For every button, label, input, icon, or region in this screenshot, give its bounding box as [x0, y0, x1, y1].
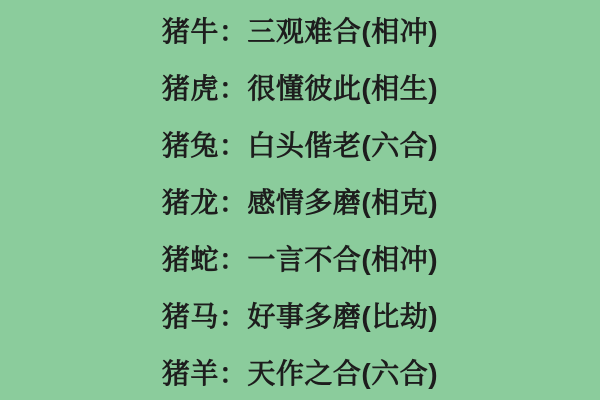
zodiac-pair-row: 猪虎：很懂彼此(相生) [162, 59, 438, 116]
pair-label: 猪龙： [162, 181, 248, 221]
zodiac-pair-row: 猪马：好事多磨(比劫) [162, 286, 438, 343]
pair-label: 猪牛： [162, 10, 248, 50]
zodiac-pair-row: 猪蛇：一言不合(相冲) [162, 229, 438, 286]
pair-label: 猪马： [162, 295, 248, 335]
pair-description: 一言不合(相冲) [247, 238, 438, 278]
pair-description: 三观难合(相冲) [247, 10, 438, 50]
pair-description: 很懂彼此(相生) [247, 67, 438, 107]
pair-description: 白头偕老(六合) [247, 124, 438, 164]
pair-description: 感情多磨(相克) [247, 181, 438, 221]
pair-description: 好事多磨(比劫) [247, 295, 438, 335]
zodiac-pair-row: 猪羊：天作之合(六合) [162, 343, 438, 400]
pair-label: 猪蛇： [162, 238, 248, 278]
zodiac-pair-row: 猪兔：白头偕老(六合) [162, 116, 438, 173]
pair-label: 猪虎： [162, 67, 248, 107]
pair-description: 天作之合(六合) [247, 352, 438, 392]
zodiac-compatibility-card: 猪牛：三观难合(相冲) 猪虎：很懂彼此(相生) 猪兔：白头偕老(六合) 猪龙：感… [0, 0, 600, 400]
pair-label: 猪兔： [162, 124, 248, 164]
zodiac-pair-row: 猪牛：三观难合(相冲) [162, 2, 438, 59]
pair-label: 猪羊： [162, 352, 248, 392]
zodiac-pair-row: 猪龙：感情多磨(相克) [162, 173, 438, 230]
